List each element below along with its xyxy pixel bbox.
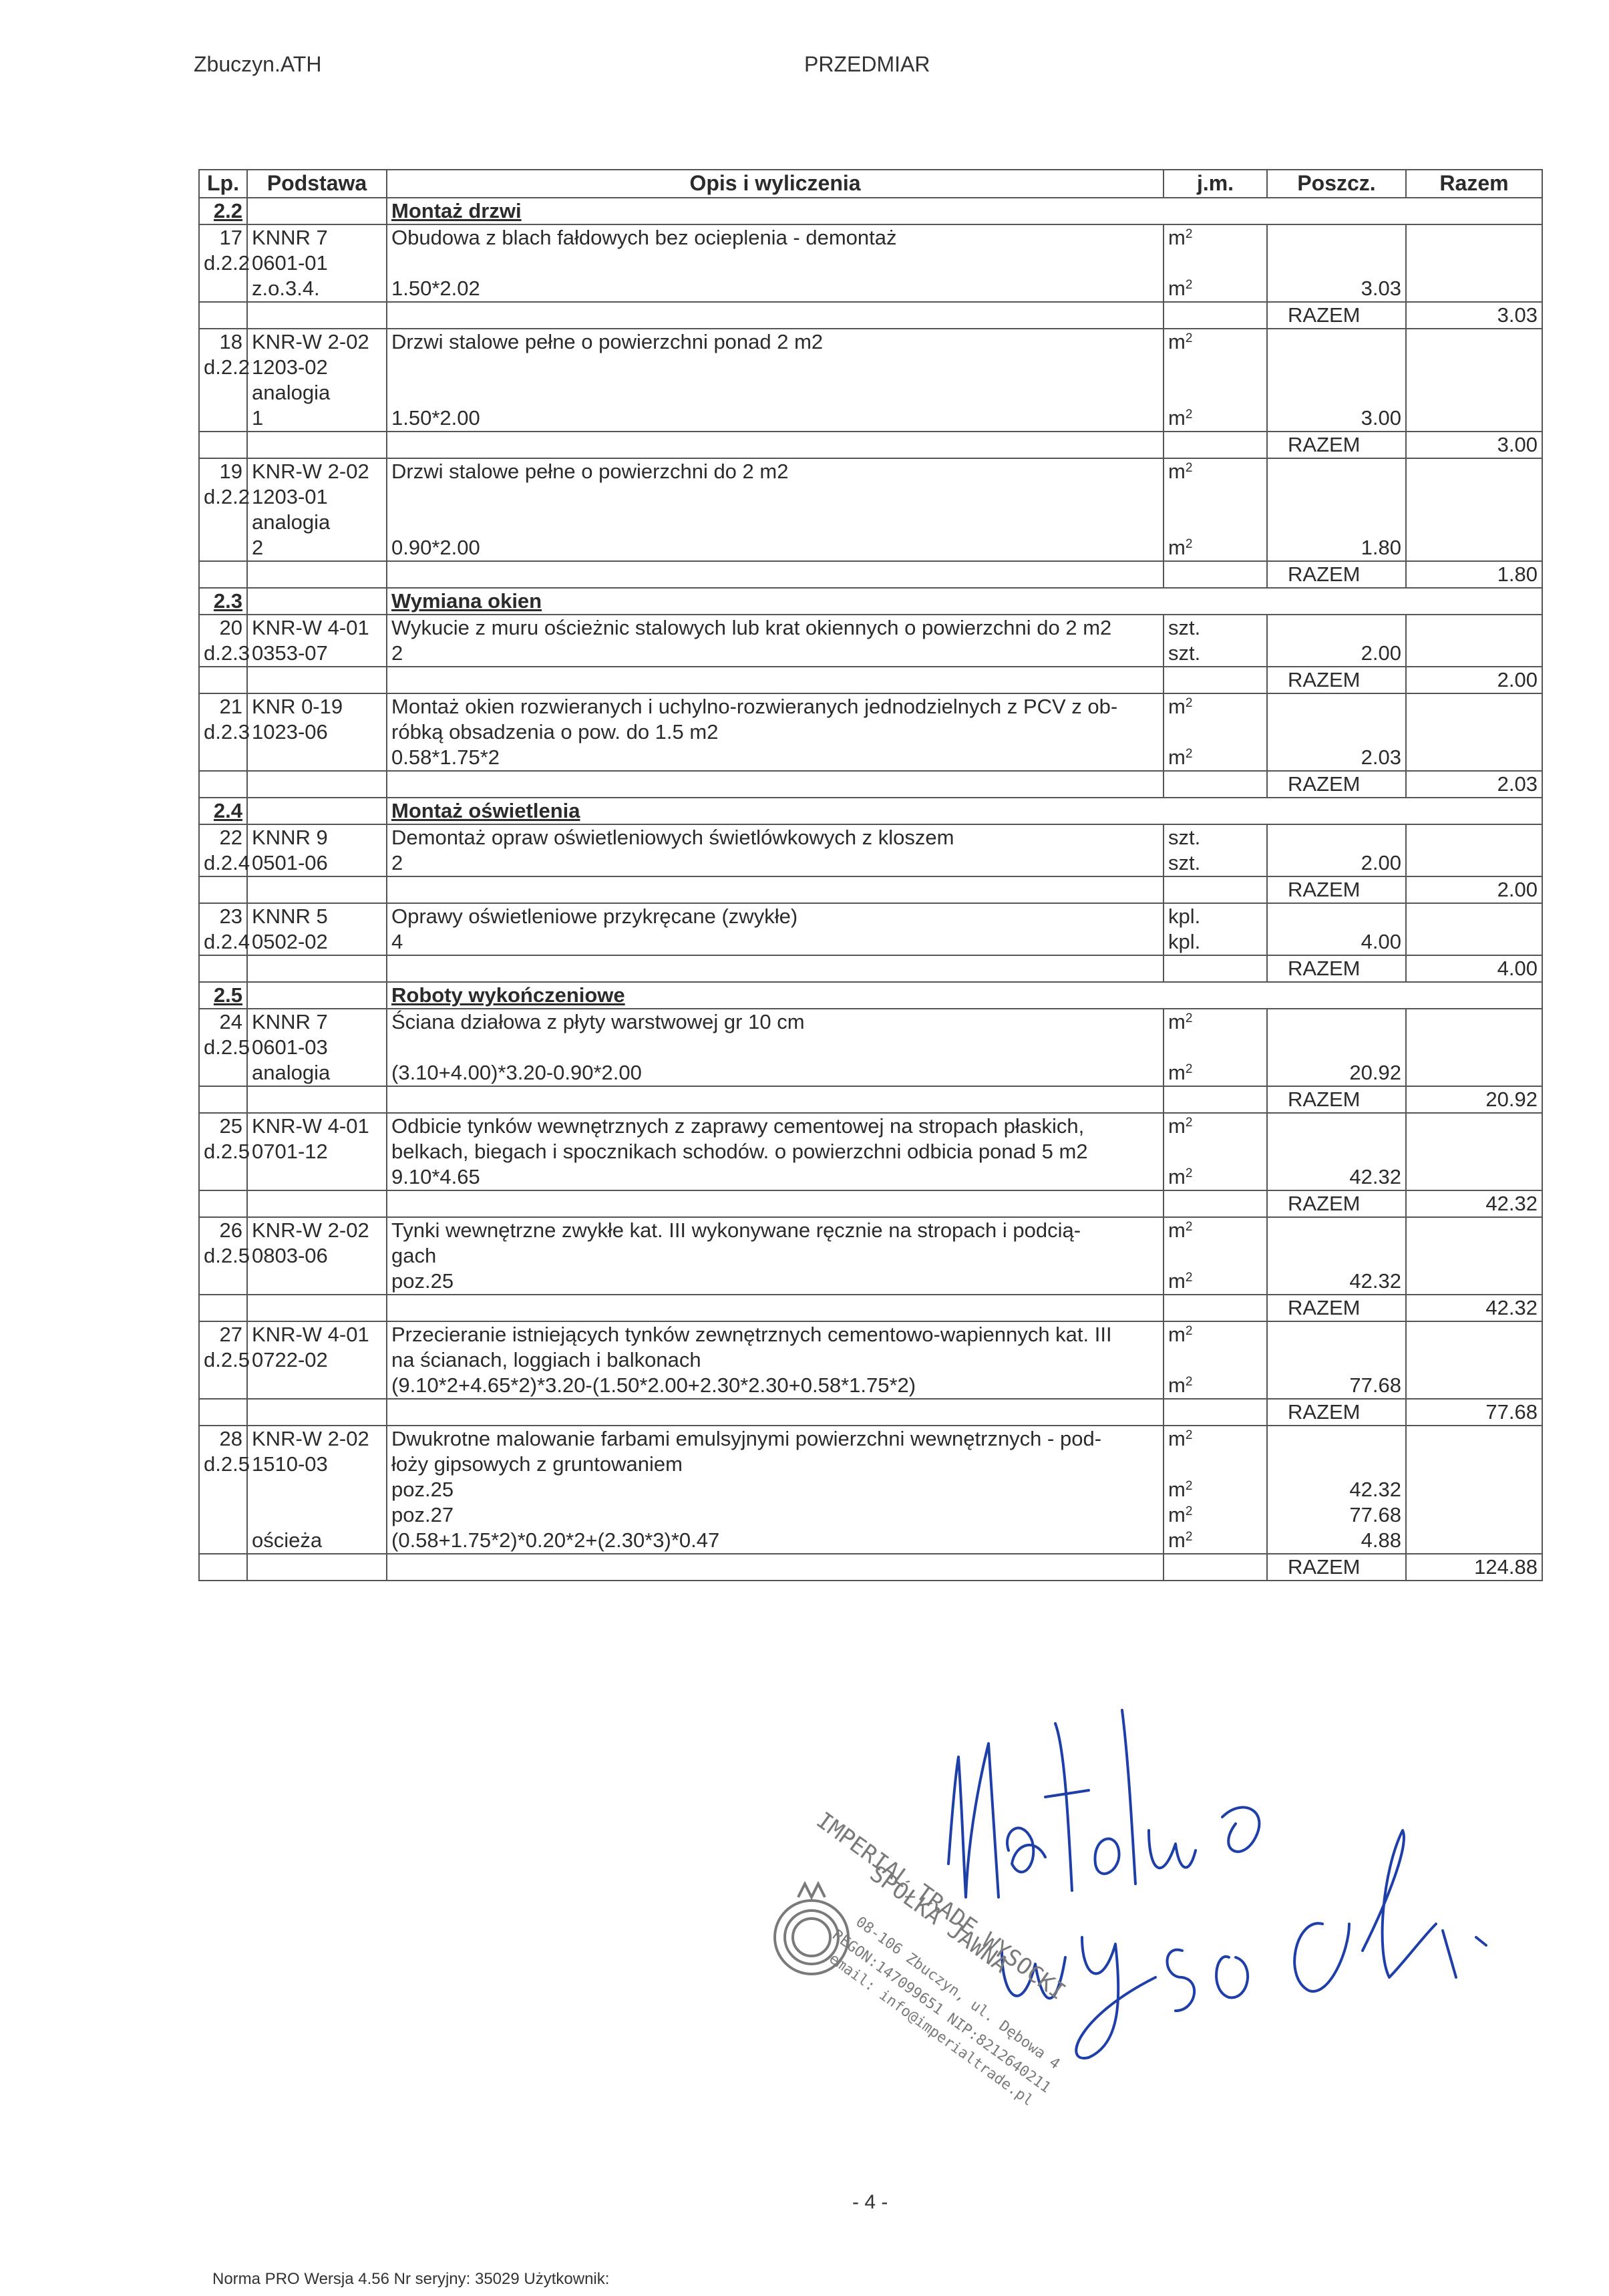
item-jm: m2 m2m2m2 bbox=[1164, 1426, 1267, 1554]
razem-empty bbox=[247, 876, 387, 903]
item-poszcz: 4.00 bbox=[1267, 903, 1406, 955]
calc-value: 42.32 bbox=[1272, 1269, 1401, 1294]
razem-empty bbox=[199, 1554, 247, 1581]
podstawa-line bbox=[252, 1502, 382, 1528]
item-lp-line: 22 bbox=[204, 825, 242, 850]
item-podstawa: KNNR 70601-01z.o.3.4. bbox=[247, 224, 387, 302]
razem-row: RAZEM2.00 bbox=[199, 667, 1542, 693]
table-row: 27d.2.5 KNR-W 4-010722-02 Przecieranie i… bbox=[199, 1321, 1542, 1399]
table-row: 22d.2.4KNNR 90501-06Demontaż opraw oświe… bbox=[199, 824, 1542, 876]
calc-expression: poz.25 bbox=[391, 1477, 1159, 1502]
razem-label: RAZEM bbox=[1267, 876, 1406, 903]
razem-empty bbox=[199, 667, 247, 693]
blank-line bbox=[1272, 904, 1401, 929]
section-title: Montaż drzwi bbox=[387, 198, 1542, 224]
item-razem-empty bbox=[1406, 224, 1542, 302]
item-lp: 25d.2.5 bbox=[199, 1113, 247, 1190]
item-jm: m2 m2 bbox=[1164, 224, 1267, 302]
razem-value: 2.00 bbox=[1406, 876, 1542, 903]
item-description: Odbicie tynków wewnętrznych z zaprawy ce… bbox=[391, 1114, 1159, 1139]
calc-unit: m2 bbox=[1168, 1164, 1262, 1190]
item-poszcz: 2.00 bbox=[1267, 615, 1406, 667]
item-podstawa: KNNR 70601-03analogia bbox=[247, 1009, 387, 1086]
razem-empty bbox=[199, 771, 247, 798]
podstawa-line: analogia bbox=[252, 1060, 382, 1086]
podstawa-line: 0601-03 bbox=[252, 1035, 382, 1060]
blank-line bbox=[204, 1269, 242, 1294]
table-header-row: Lp. Podstawa Opis i wyliczenia j.m. Posz… bbox=[199, 170, 1542, 198]
blank-line bbox=[204, 510, 242, 535]
blank-line bbox=[1272, 1426, 1401, 1452]
blank-line bbox=[1272, 825, 1401, 850]
item-opis: Demontaż opraw oświetleniowych świetlówk… bbox=[387, 824, 1164, 876]
razem-empty bbox=[199, 1086, 247, 1113]
item-podstawa: KNNR 90501-06 bbox=[247, 824, 387, 876]
razem-empty bbox=[1164, 1554, 1267, 1581]
razem-empty bbox=[1164, 876, 1267, 903]
file-name: Zbuczyn.ATH bbox=[194, 52, 321, 77]
item-poszcz: 2.00 bbox=[1267, 824, 1406, 876]
calc-expression: 9.10*4.65 bbox=[391, 1164, 1159, 1190]
item-description: belkach, biegach i spocznikach schodów. … bbox=[391, 1139, 1159, 1164]
podstawa-line: 2 bbox=[252, 535, 382, 560]
item-opis: Przecieranie istniejących tynków zewnętr… bbox=[387, 1321, 1164, 1399]
razem-empty bbox=[199, 1295, 247, 1321]
podstawa-line: z.o.3.4. bbox=[252, 276, 382, 301]
podstawa-line: 0722-02 bbox=[252, 1347, 382, 1373]
razem-empty bbox=[387, 1295, 1164, 1321]
item-description: Obudowa z blach fałdowych bez ocieplenia… bbox=[391, 225, 1159, 251]
section-podstawa bbox=[247, 982, 387, 1009]
przedmiar-table: Lp. Podstawa Opis i wyliczenia j.m. Posz… bbox=[198, 169, 1543, 1581]
razem-empty bbox=[387, 876, 1164, 903]
software-footer: Norma PRO Wersja 4.56 Nr seryjny: 35029 … bbox=[212, 2270, 609, 2289]
blank-line bbox=[391, 251, 1159, 276]
blank-line bbox=[204, 1373, 242, 1398]
table-row: 28d.2.5 KNR-W 2-021510-03 ościeżaDwukrot… bbox=[199, 1426, 1542, 1554]
blank-line bbox=[1272, 1035, 1401, 1060]
section-number: 2.4 bbox=[199, 798, 247, 824]
item-jm: m2 m2 bbox=[1164, 1321, 1267, 1399]
blank-line bbox=[1168, 1347, 1262, 1373]
podstawa-line: 1023-06 bbox=[252, 719, 382, 745]
podstawa-line: ościeża bbox=[252, 1528, 382, 1553]
table-row: 21d.2.3 KNR 0-191023-06 Montaż okien roz… bbox=[199, 693, 1542, 771]
item-lp-line: 24 bbox=[204, 1009, 242, 1035]
podstawa-line bbox=[252, 745, 382, 770]
item-razem-empty bbox=[1406, 824, 1542, 876]
item-poszcz: 2.03 bbox=[1267, 693, 1406, 771]
item-lp-line: d.2.4 bbox=[204, 929, 242, 955]
razem-empty bbox=[247, 1554, 387, 1581]
item-jm: kpl.kpl. bbox=[1164, 903, 1267, 955]
razem-value: 4.00 bbox=[1406, 955, 1542, 982]
item-lp: 18d.2.2 bbox=[199, 329, 247, 432]
item-opis: Drzwi stalowe pełne o powierzchni do 2 m… bbox=[387, 458, 1164, 561]
razem-empty bbox=[247, 1399, 387, 1426]
item-lp-line: 17 bbox=[204, 225, 242, 251]
item-jm: m2 m2 bbox=[1164, 693, 1267, 771]
razem-empty bbox=[1164, 1190, 1267, 1217]
razem-value: 42.32 bbox=[1406, 1295, 1542, 1321]
item-lp: 19d.2.2 bbox=[199, 458, 247, 561]
table-row: 20d.2.3KNR-W 4-010353-07Wykucie z muru o… bbox=[199, 615, 1542, 667]
podstawa-line: KNNR 7 bbox=[252, 225, 382, 251]
razem-label: RAZEM bbox=[1267, 667, 1406, 693]
blank-line bbox=[204, 1502, 242, 1528]
razem-empty bbox=[247, 1190, 387, 1217]
item-podstawa: KNR-W 4-010701-12 bbox=[247, 1113, 387, 1190]
podstawa-line bbox=[252, 1269, 382, 1294]
blank-line bbox=[1272, 355, 1401, 380]
calc-unit: m2 bbox=[1168, 535, 1262, 560]
podstawa-line: 0353-07 bbox=[252, 641, 382, 666]
blank-line bbox=[1272, 1243, 1401, 1269]
col-header-poszcz: Poszcz. bbox=[1267, 170, 1406, 198]
item-lp-line: 23 bbox=[204, 904, 242, 929]
item-lp: 20d.2.3 bbox=[199, 615, 247, 667]
podstawa-line: KNNR 7 bbox=[252, 1009, 382, 1035]
razem-row: RAZEM2.03 bbox=[199, 771, 1542, 798]
razem-row: RAZEM4.00 bbox=[199, 955, 1542, 982]
item-description: Przecieranie istniejących tynków zewnętr… bbox=[391, 1322, 1159, 1347]
item-podstawa: KNR-W 4-010353-07 bbox=[247, 615, 387, 667]
calc-value: 3.00 bbox=[1272, 405, 1401, 431]
col-header-lp: Lp. bbox=[199, 170, 247, 198]
stamp-line-2: SPÓŁKA JAWNA bbox=[865, 1860, 1014, 1979]
razem-value: 2.00 bbox=[1406, 667, 1542, 693]
item-lp-line: d.2.2 bbox=[204, 355, 242, 380]
razem-value: 124.88 bbox=[1406, 1554, 1542, 1581]
blank-line bbox=[204, 1477, 242, 1502]
section-title: Roboty wykończeniowe bbox=[387, 982, 1542, 1009]
razem-row: RAZEM3.00 bbox=[199, 432, 1542, 458]
razem-empty bbox=[1164, 667, 1267, 693]
calc-expression: poz.25 bbox=[391, 1269, 1159, 1294]
item-lp-line: d.2.5 bbox=[204, 1243, 242, 1269]
razem-empty bbox=[247, 302, 387, 329]
razem-empty bbox=[247, 561, 387, 588]
calc-value: 3.03 bbox=[1272, 276, 1401, 301]
item-poszcz: 42.3277.684.88 bbox=[1267, 1426, 1406, 1554]
item-opis: Drzwi stalowe pełne o powierzchni ponad … bbox=[387, 329, 1164, 432]
item-description: Drzwi stalowe pełne o powierzchni do 2 m… bbox=[391, 459, 1159, 484]
razem-label: RAZEM bbox=[1267, 561, 1406, 588]
item-jm: m2 m2 bbox=[1164, 329, 1267, 432]
podstawa-line: 0701-12 bbox=[252, 1139, 382, 1164]
calc-value: 42.32 bbox=[1272, 1477, 1401, 1502]
podstawa-line: 0501-06 bbox=[252, 850, 382, 876]
item-description: Oprawy oświetleniowe przykręcane (zwykłe… bbox=[391, 904, 1159, 929]
razem-empty bbox=[387, 1086, 1164, 1113]
item-description: róbką obsadzenia o pow. do 1.5 m2 bbox=[391, 719, 1159, 745]
calc-value: 42.32 bbox=[1272, 1164, 1401, 1190]
table-row: 19d.2.2 KNR-W 2-021203-01analogia2Drzwi … bbox=[199, 458, 1542, 561]
item-lp: 22d.2.4 bbox=[199, 824, 247, 876]
blank-line bbox=[1272, 1139, 1401, 1164]
blank-line bbox=[204, 535, 242, 560]
blank-line bbox=[204, 405, 242, 431]
table-row: 25d.2.5 KNR-W 4-010701-12 Odbicie tynków… bbox=[199, 1113, 1542, 1190]
item-razem-empty bbox=[1406, 903, 1542, 955]
item-lp-line: d.2.3 bbox=[204, 719, 242, 745]
calc-unit: m2 bbox=[1168, 1528, 1262, 1553]
razem-empty bbox=[1164, 1399, 1267, 1426]
razem-empty bbox=[199, 561, 247, 588]
item-poszcz: 42.32 bbox=[1267, 1217, 1406, 1295]
item-poszcz: 1.80 bbox=[1267, 458, 1406, 561]
item-lp: 27d.2.5 bbox=[199, 1321, 247, 1399]
blank-line bbox=[391, 1035, 1159, 1060]
item-razem-empty bbox=[1406, 615, 1542, 667]
razem-row: RAZEM20.92 bbox=[199, 1086, 1542, 1113]
blank-line bbox=[1272, 251, 1401, 276]
item-podstawa: KNR-W 2-020803-06 bbox=[247, 1217, 387, 1295]
razem-empty bbox=[199, 432, 247, 458]
razem-empty bbox=[1164, 302, 1267, 329]
item-description: Wykucie z muru ościeżnic stalowych lub k… bbox=[391, 615, 1159, 641]
item-jm: szt.szt. bbox=[1164, 824, 1267, 876]
razem-empty bbox=[247, 667, 387, 693]
blank-line bbox=[1272, 329, 1401, 355]
item-lp-line: d.2.5 bbox=[204, 1452, 242, 1477]
item-podstawa: KNR-W 4-010722-02 bbox=[247, 1321, 387, 1399]
calc-expression: (0.58+1.75*2)*0.20*2+(2.30*3)*0.47 bbox=[391, 1528, 1159, 1553]
razem-empty bbox=[199, 1399, 247, 1426]
razem-label: RAZEM bbox=[1267, 1554, 1406, 1581]
item-razem-empty bbox=[1406, 1217, 1542, 1295]
item-lp-line: d.2.5 bbox=[204, 1035, 242, 1060]
razem-value: 3.00 bbox=[1406, 432, 1542, 458]
item-lp-line: 28 bbox=[204, 1426, 242, 1452]
col-header-razem: Razem bbox=[1406, 170, 1542, 198]
item-description: łoży gipsowych z gruntowaniem bbox=[391, 1452, 1159, 1477]
razem-value: 42.32 bbox=[1406, 1190, 1542, 1217]
razem-empty bbox=[387, 771, 1164, 798]
podstawa-line: 1203-02 bbox=[252, 355, 382, 380]
col-header-opis: Opis i wyliczenia bbox=[387, 170, 1164, 198]
table-row: 18d.2.2 KNR-W 2-021203-02analogia1Drzwi … bbox=[199, 329, 1542, 432]
razem-row: RAZEM77.68 bbox=[199, 1399, 1542, 1426]
item-podstawa: KNR 0-191023-06 bbox=[247, 693, 387, 771]
blank-line bbox=[391, 510, 1159, 535]
document-title: PRZEDMIAR bbox=[804, 52, 930, 77]
podstawa-line: KNR-W 2-02 bbox=[252, 1426, 382, 1452]
calc-value: 4.00 bbox=[1272, 929, 1401, 955]
item-podstawa: KNR-W 2-021510-03 ościeża bbox=[247, 1426, 387, 1554]
item-lp-line: d.2.5 bbox=[204, 1347, 242, 1373]
calc-unit: m2 bbox=[1168, 1060, 1262, 1086]
razem-empty bbox=[1164, 1295, 1267, 1321]
razem-label: RAZEM bbox=[1267, 955, 1406, 982]
razem-empty bbox=[247, 1295, 387, 1321]
blank-line bbox=[1168, 1243, 1262, 1269]
calc-unit: m2 bbox=[1168, 276, 1262, 301]
item-lp-line: d.2.4 bbox=[204, 850, 242, 876]
razem-empty bbox=[387, 561, 1164, 588]
blank-line bbox=[1272, 719, 1401, 745]
item-description: Drzwi stalowe pełne o powierzchni ponad … bbox=[391, 329, 1159, 355]
blank-line bbox=[1272, 459, 1401, 484]
calc-value: 77.68 bbox=[1272, 1502, 1401, 1528]
item-lp-line: 19 bbox=[204, 459, 242, 484]
blank-line bbox=[1168, 719, 1262, 745]
blank-line bbox=[204, 276, 242, 301]
calc-value: 2.00 bbox=[1272, 850, 1401, 876]
calc-expression: poz.27 bbox=[391, 1502, 1159, 1528]
item-lp-line: d.2.5 bbox=[204, 1139, 242, 1164]
section-number: 2.3 bbox=[199, 588, 247, 615]
podstawa-line: KNNR 5 bbox=[252, 904, 382, 929]
calc-unit: m2 bbox=[1168, 745, 1262, 770]
razem-label: RAZEM bbox=[1267, 432, 1406, 458]
item-lp-line: 20 bbox=[204, 615, 242, 641]
section-row: 2.4Montaż oświetlenia bbox=[199, 798, 1542, 824]
podstawa-line: KNR-W 4-01 bbox=[252, 1322, 382, 1347]
item-description: gach bbox=[391, 1243, 1159, 1269]
podstawa-line: KNR-W 4-01 bbox=[252, 1114, 382, 1139]
calc-unit: szt. bbox=[1168, 850, 1262, 876]
item-lp-line: 21 bbox=[204, 694, 242, 719]
calc-expression: 1.50*2.02 bbox=[391, 276, 1159, 301]
item-jm: m2 m2 bbox=[1164, 1009, 1267, 1086]
podstawa-line: KNR-W 2-02 bbox=[252, 459, 382, 484]
podstawa-line: KNNR 9 bbox=[252, 825, 382, 850]
podstawa-line bbox=[252, 1373, 382, 1398]
blank-line bbox=[391, 484, 1159, 510]
podstawa-line: KNR-W 2-02 bbox=[252, 1218, 382, 1243]
podstawa-line bbox=[252, 1477, 382, 1502]
razem-label: RAZEM bbox=[1267, 1295, 1406, 1321]
item-description: Montaż okien rozwieranych i uchylno-rozw… bbox=[391, 694, 1159, 719]
razem-empty bbox=[1164, 432, 1267, 458]
blank-line bbox=[391, 380, 1159, 405]
razem-row: RAZEM3.03 bbox=[199, 302, 1542, 329]
razem-row: RAZEM42.32 bbox=[199, 1190, 1542, 1217]
razem-row: RAZEM124.88 bbox=[199, 1554, 1542, 1581]
calc-expression: (9.10*2+4.65*2)*3.20-(1.50*2.00+2.30*2.3… bbox=[391, 1373, 1159, 1398]
item-opis: Odbicie tynków wewnętrznych z zaprawy ce… bbox=[387, 1113, 1164, 1190]
item-description: Demontaż opraw oświetleniowych świetlówk… bbox=[391, 825, 1159, 850]
blank-line bbox=[391, 355, 1159, 380]
razem-empty bbox=[1164, 771, 1267, 798]
section-title: Montaż oświetlenia bbox=[387, 798, 1542, 824]
podstawa-line: 0502-02 bbox=[252, 929, 382, 955]
blank-line bbox=[1168, 1452, 1262, 1477]
item-lp: 28d.2.5 bbox=[199, 1426, 247, 1554]
table-body: 2.2Montaż drzwi17d.2.2 KNNR 70601-01z.o.… bbox=[199, 198, 1542, 1581]
razem-label: RAZEM bbox=[1267, 771, 1406, 798]
calc-expression: 2 bbox=[391, 850, 1159, 876]
item-lp-line: 26 bbox=[204, 1218, 242, 1243]
blank-line bbox=[1168, 251, 1262, 276]
item-razem-empty bbox=[1406, 1321, 1542, 1399]
calc-expression: 4 bbox=[391, 929, 1159, 955]
razem-empty bbox=[199, 302, 247, 329]
blank-line bbox=[1272, 1218, 1401, 1243]
item-opis: Dwukrotne malowanie farbami emulsyjnymi … bbox=[387, 1426, 1164, 1554]
item-opis: Tynki wewnętrzne zwykłe kat. III wykonyw… bbox=[387, 1217, 1164, 1295]
blank-line bbox=[1168, 1035, 1262, 1060]
podstawa-line: analogia bbox=[252, 380, 382, 405]
blank-line bbox=[1272, 1452, 1401, 1477]
item-podstawa: KNR-W 2-021203-01analogia2 bbox=[247, 458, 387, 561]
podstawa-line: KNR 0-19 bbox=[252, 694, 382, 719]
podstawa-line: 1203-01 bbox=[252, 484, 382, 510]
razem-label: RAZEM bbox=[1267, 302, 1406, 329]
col-header-jm: j.m. bbox=[1164, 170, 1267, 198]
item-razem-empty bbox=[1406, 693, 1542, 771]
item-razem-empty bbox=[1406, 1426, 1542, 1554]
item-lp-line: 27 bbox=[204, 1322, 242, 1347]
item-lp: 24d.2.5 bbox=[199, 1009, 247, 1086]
blank-line bbox=[204, 380, 242, 405]
razem-empty bbox=[1164, 955, 1267, 982]
blank-line bbox=[1272, 1114, 1401, 1139]
calc-value: 2.03 bbox=[1272, 745, 1401, 770]
table-row: 24d.2.5 KNNR 70601-03analogiaŚciana dzia… bbox=[199, 1009, 1542, 1086]
blank-line bbox=[1168, 380, 1262, 405]
razem-value: 3.03 bbox=[1406, 302, 1542, 329]
razem-empty bbox=[387, 432, 1164, 458]
item-opis: Oprawy oświetleniowe przykręcane (zwykłe… bbox=[387, 903, 1164, 955]
blank-line bbox=[1168, 355, 1262, 380]
blank-line bbox=[1272, 484, 1401, 510]
calc-value: 2.00 bbox=[1272, 641, 1401, 666]
section-podstawa bbox=[247, 798, 387, 824]
item-description: na ścianach, loggiach i balkonach bbox=[391, 1347, 1159, 1373]
razem-empty bbox=[387, 667, 1164, 693]
podstawa-line: analogia bbox=[252, 510, 382, 535]
item-podstawa: KNNR 50502-02 bbox=[247, 903, 387, 955]
calc-expression: 2 bbox=[391, 641, 1159, 666]
razem-empty bbox=[387, 955, 1164, 982]
blank-line bbox=[1272, 1009, 1401, 1035]
razem-empty bbox=[247, 432, 387, 458]
item-poszcz: 77.68 bbox=[1267, 1321, 1406, 1399]
calc-unit: m2 bbox=[1168, 405, 1262, 431]
item-description: Tynki wewnętrzne zwykłe kat. III wykonyw… bbox=[391, 1218, 1159, 1243]
item-podstawa: KNR-W 2-021203-02analogia1 bbox=[247, 329, 387, 432]
calc-value: 77.68 bbox=[1272, 1373, 1401, 1398]
item-lp: 17d.2.2 bbox=[199, 224, 247, 302]
item-lp-line: d.2.2 bbox=[204, 484, 242, 510]
item-opis: Montaż okien rozwieranych i uchylno-rozw… bbox=[387, 693, 1164, 771]
item-lp-line: 25 bbox=[204, 1114, 242, 1139]
calc-unit: m2 bbox=[1168, 1502, 1262, 1528]
blank-line bbox=[204, 745, 242, 770]
podstawa-line bbox=[252, 1164, 382, 1190]
calc-expression: 1.50*2.00 bbox=[391, 405, 1159, 431]
calc-value: 20.92 bbox=[1272, 1060, 1401, 1086]
section-podstawa bbox=[247, 198, 387, 224]
section-number: 2.5 bbox=[199, 982, 247, 1009]
item-jm: m2 m2 bbox=[1164, 1113, 1267, 1190]
page-number: - 4 - bbox=[852, 2191, 888, 2214]
blank-line bbox=[1272, 510, 1401, 535]
blank-line bbox=[204, 1528, 242, 1553]
razem-empty bbox=[199, 1190, 247, 1217]
calc-unit: m2 bbox=[1168, 1269, 1262, 1294]
calc-unit: m2 bbox=[1168, 1373, 1262, 1398]
razem-label: RAZEM bbox=[1267, 1190, 1406, 1217]
razem-empty bbox=[1164, 1086, 1267, 1113]
calc-expression: (3.10+4.00)*3.20-0.90*2.00 bbox=[391, 1060, 1159, 1086]
podstawa-line: 1510-03 bbox=[252, 1452, 382, 1477]
item-lp: 26d.2.5 bbox=[199, 1217, 247, 1295]
podstawa-line: 0601-01 bbox=[252, 251, 382, 276]
item-poszcz: 3.00 bbox=[1267, 329, 1406, 432]
